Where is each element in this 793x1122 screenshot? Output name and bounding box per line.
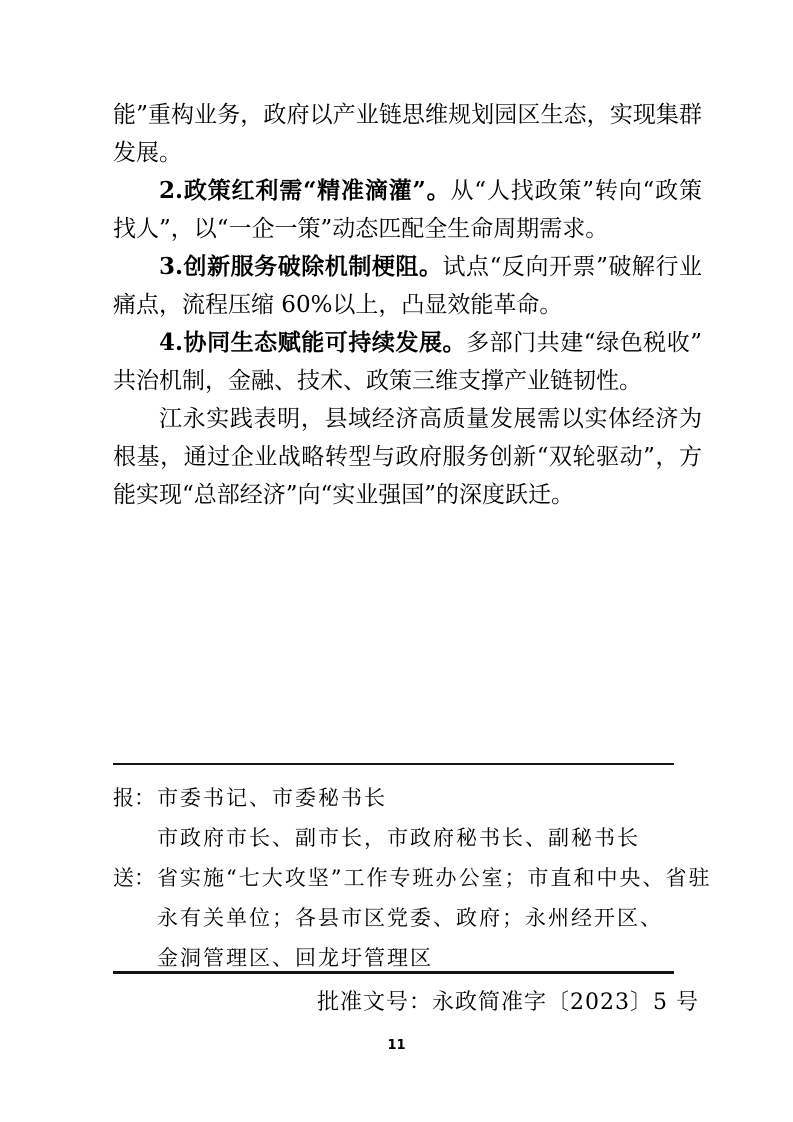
paragraph: 2.政策红利需“精准滴灌”。从“人找政策”转向“政策找人”，以“一企一策”动态匹…	[113, 172, 702, 248]
paragraph-text: 能”重构业务，政府以产业链思维规划园区生态，实现集群发展。	[113, 102, 702, 166]
paragraph-text: 江永实践表明，县域经济高质量发展需以实体经济为根基，通过企业战略转型与政府服务创…	[113, 406, 702, 508]
report-label: 报：	[113, 778, 157, 818]
footer-line: 省实施“七大攻坚”工作专班办公室；市直和中央、省驻	[157, 858, 711, 898]
paragraph: 3.创新服务破除机制梗阻。试点“反向开票”破解行业痛点，流程压缩 60%以上，凸…	[113, 248, 702, 324]
approval-number: 批准文号：永政简准字〔2023〕5 号	[317, 988, 699, 1018]
report-row: 报： 市委书记、市委秘书长市政府市长、副市长，市政府秘书长、副秘书长	[113, 778, 703, 858]
distribution-list: 报： 市委书记、市委秘书长市政府市长、副市长，市政府秘书长、副秘书长 送： 省实…	[113, 778, 703, 978]
send-label: 送：	[113, 858, 157, 898]
footer-line: 永有关单位；各县市区党委、政府；永州经开区、	[157, 898, 711, 938]
paragraph-bold-lead: 3.创新服务破除机制梗阻。	[159, 253, 443, 280]
report-content: 市委书记、市委秘书长市政府市长、副市长，市政府秘书长、副秘书长	[157, 778, 703, 858]
send-row: 送： 省实施“七大攻坚”工作专班办公室；市直和中央、省驻永有关单位；各县市区党委…	[113, 858, 703, 978]
footer-line: 市委书记、市委秘书长	[157, 778, 703, 818]
paragraph-bold-lead: 2.政策红利需“精准滴灌”。	[159, 177, 450, 204]
footer-line: 市政府市长、副市长，市政府秘书长、副秘书长	[157, 818, 703, 858]
paragraph: 能”重构业务，政府以产业链思维规划园区生态，实现集群发展。	[113, 96, 702, 172]
page-number: 11	[0, 1038, 793, 1053]
footer-line: 金洞管理区、回龙圩管理区	[157, 938, 711, 978]
document-page: 能”重构业务，政府以产业链思维规划园区生态，实现集群发展。2.政策红利需“精准滴…	[0, 0, 793, 1122]
footer-top-rule	[113, 763, 674, 765]
paragraph-bold-lead: 4.协同生态赋能可持续发展。	[159, 329, 466, 356]
paragraph: 4.协同生态赋能可持续发展。多部门共建“绿色税收”共治机制，金融、技术、政策三维…	[113, 324, 702, 400]
paragraph: 江永实践表明，县域经济高质量发展需以实体经济为根基，通过企业战略转型与政府服务创…	[113, 400, 702, 514]
body-text: 能”重构业务，政府以产业链思维规划园区生态，实现集群发展。2.政策红利需“精准滴…	[113, 96, 702, 514]
send-content: 省实施“七大攻坚”工作专班办公室；市直和中央、省驻永有关单位；各县市区党委、政府…	[157, 858, 711, 978]
